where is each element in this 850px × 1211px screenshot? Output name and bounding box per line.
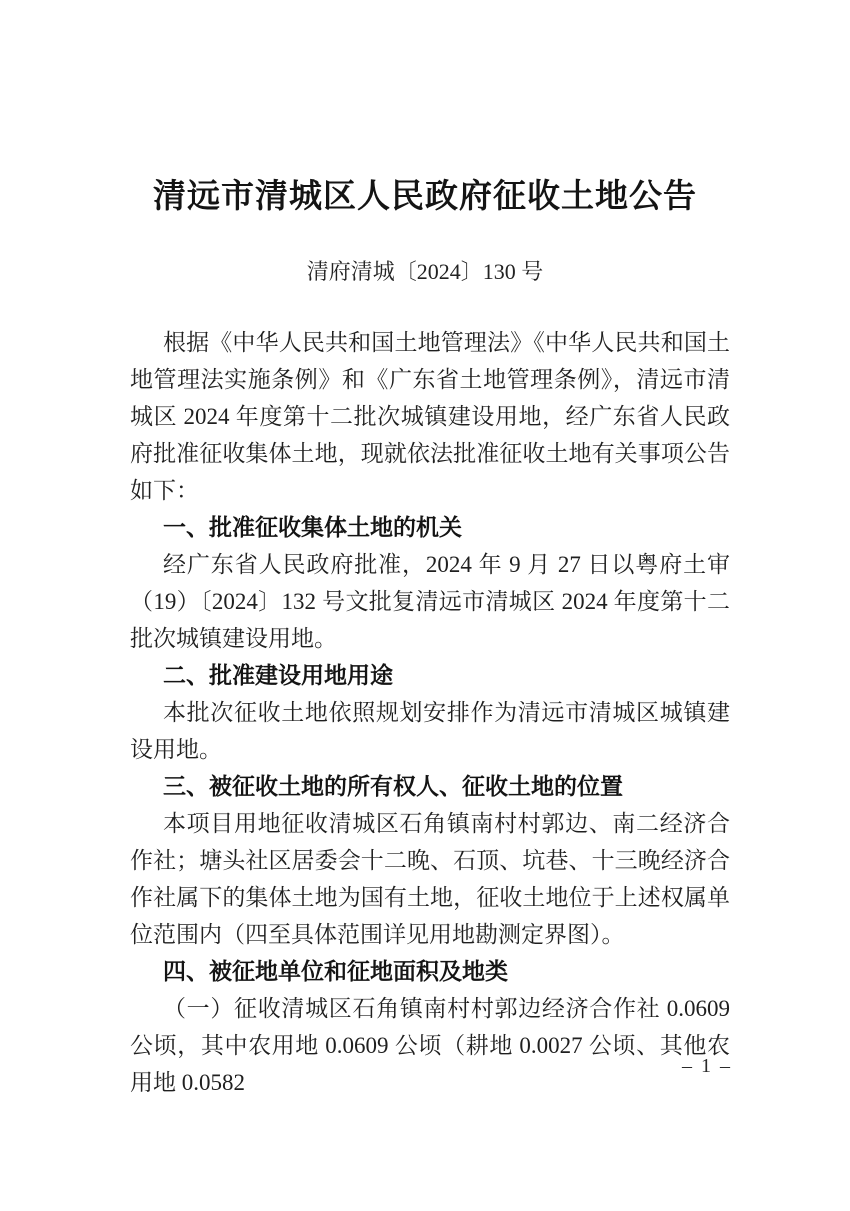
document-page: 清远市清城区人民政府征收土地公告 清府清城〔2024〕130 号 根据《中华人民… [0,0,850,1211]
document-title: 清远市清城区人民政府征收土地公告 [0,170,850,217]
document-number: 清府清城〔2024〕130 号 [0,255,850,286]
paragraph-section-4: （一）征收清城区石角镇南村村郭边经济合作社 0.0609 公顷，其中农用地 0.… [130,990,730,1101]
section-heading-3: 三、被征收土地的所有权人、征收土地的位置 [130,768,730,805]
document-body: 根据《中华人民共和国土地管理法》《中华人民共和国土地管理法实施条例》和《广东省土… [130,324,730,1101]
section-heading-4: 四、被征地单位和征地面积及地类 [130,953,730,990]
paragraph-section-1: 经广东省人民政府批准，2024 年 9 月 27 日以粤府土审（19）〔2024… [130,546,730,657]
paragraph-intro: 根据《中华人民共和国土地管理法》《中华人民共和国土地管理法实施条例》和《广东省土… [130,324,730,509]
section-heading-2: 二、批准建设用地用途 [130,657,730,694]
paragraph-section-3: 本项目用地征收清城区石角镇南村村郭边、南二经济合作社；塘头社区居委会十二晚、石顶… [130,805,730,953]
section-heading-1: 一、批准征收集体土地的机关 [130,509,730,546]
paragraph-section-2: 本批次征收土地依照规划安排作为清远市清城区城镇建设用地。 [130,694,730,768]
page-number: – 1 – [0,1055,732,1078]
